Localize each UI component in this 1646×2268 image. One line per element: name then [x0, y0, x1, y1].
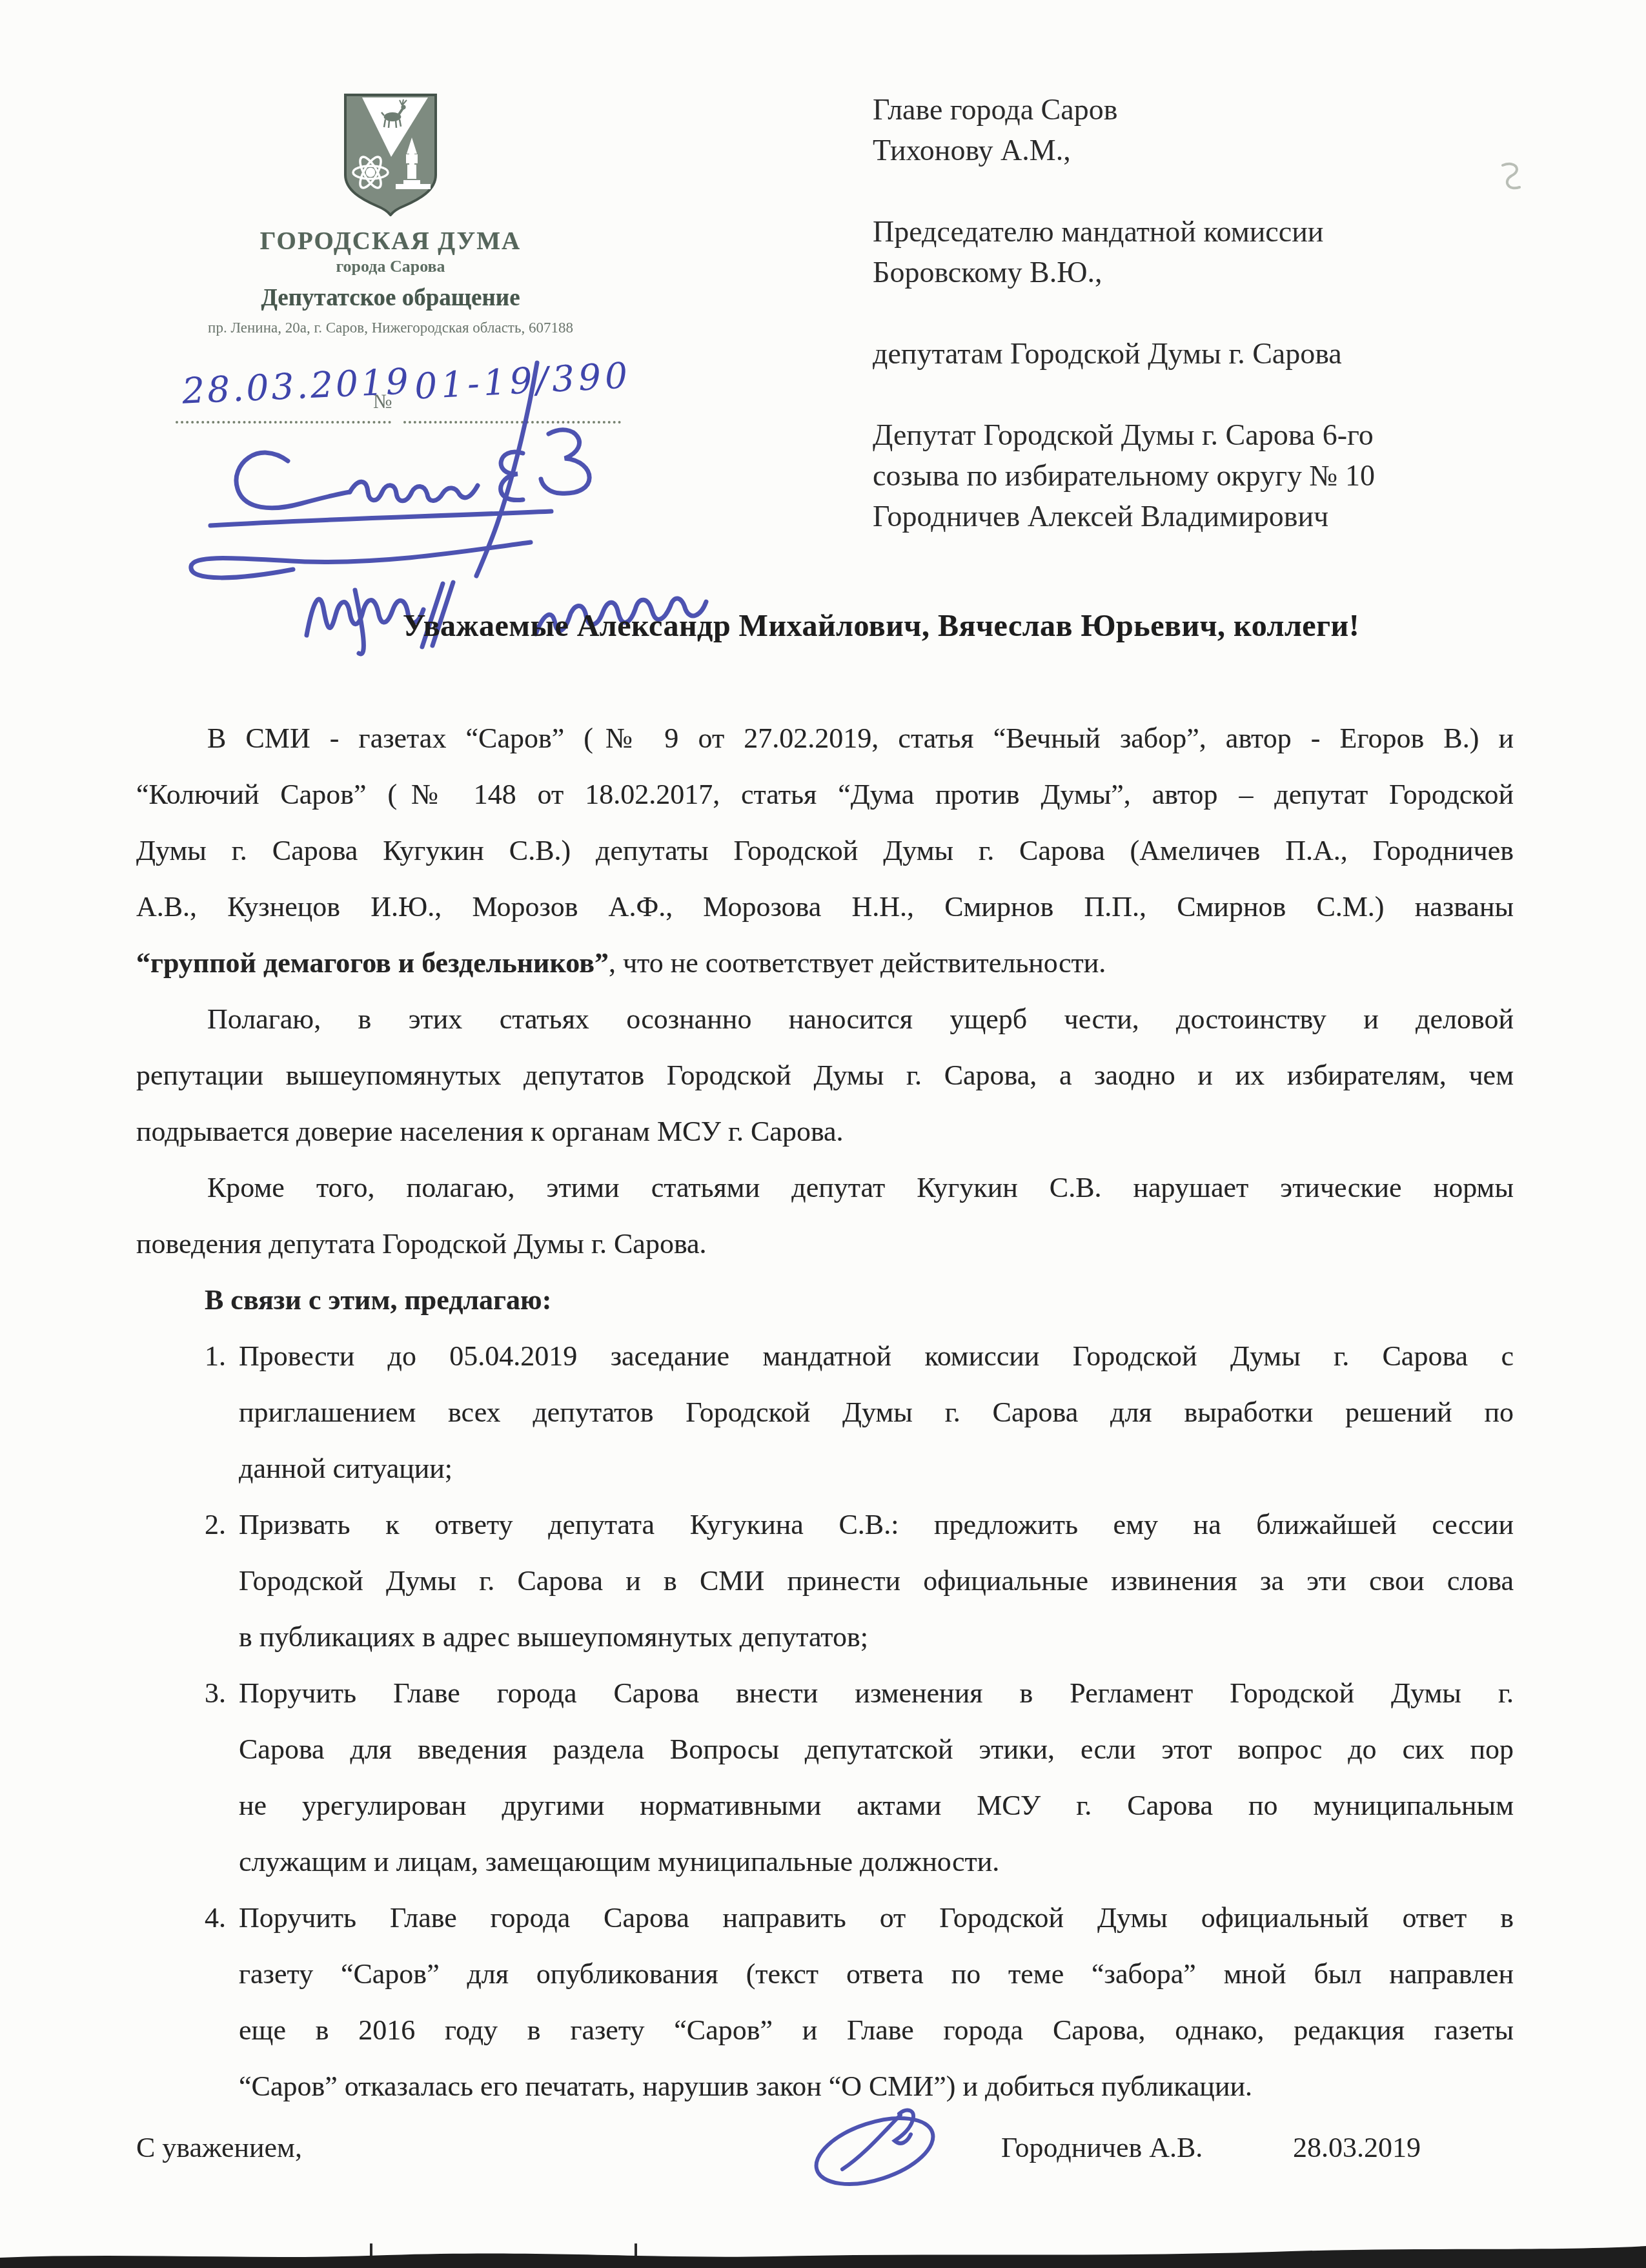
item-line: Поручить Главе города Сарова направить о… [239, 1890, 1514, 1946]
closing-regards: С уважением, [136, 2120, 302, 2176]
letter-date: 28.03.2019 [1293, 2120, 1421, 2176]
org-address: пр. Ленина, 20а, г. Саров, Нижегородская… [165, 320, 616, 336]
list-item-1: 1. Провести до 05.04.2019 заседание манд… [239, 1328, 1514, 1497]
item-number: 3. [205, 1665, 226, 1721]
paragraph-line: Полагаю, в этих статьях осознанно наноси… [136, 991, 1514, 1047]
item-line: в публикациях в адрес вышеупомянутых деп… [239, 1609, 1514, 1665]
item-line: Городской Думы г. Сарова и в СМИ принест… [239, 1553, 1514, 1609]
item-line: Поручить Главе города Сарова внести изме… [239, 1665, 1514, 1721]
item-line: не урегулирован другими нормативными акт… [239, 1777, 1514, 1834]
paragraph-line: подрывается доверие населения к органам … [136, 1103, 1514, 1160]
item-number: 1. [205, 1328, 226, 1384]
org-subtitle: города Сарова [165, 257, 616, 276]
list-item-2: 2. Призвать к ответу депутата Кугукина С… [239, 1497, 1514, 1665]
paragraph-line: В СМИ - газетах “Саров” (№ 9 от 27.02.20… [136, 710, 1514, 766]
addressee-line-blank [873, 170, 1570, 211]
addressee-line: Тихонову А.М., [873, 130, 1570, 170]
item-line: данной ситуации; [239, 1440, 1514, 1497]
addressee-line-blank [873, 292, 1570, 333]
scan-bottom-edge [0, 2238, 1646, 2268]
addressee-line: Городничев Алексей Владимирович [873, 496, 1570, 536]
closing-signature-autograph [802, 2103, 954, 2194]
item-line: Провести до 05.04.2019 заседание мандатн… [239, 1328, 1514, 1384]
paragraph-line: репутации вышеупомянутых депутатов Город… [136, 1047, 1514, 1103]
addressee-line: депутатам Городской Думы г. Сарова [873, 333, 1570, 374]
item-number: 4. [205, 1890, 226, 1946]
proposal-heading: В связи с этим, предлагаю: [205, 1272, 1514, 1328]
paragraph-line: Думы г. Сарова Кугукин С.В.) депутаты Го… [136, 822, 1514, 879]
signer-name: Городничев А.В. [1001, 2120, 1203, 2176]
item-line: газету “Саров” для опубликования (текст … [239, 1946, 1514, 2002]
list-item-3: 3. Поручить Главе города Сарова внести и… [239, 1665, 1514, 1890]
item-number: 2. [205, 1497, 226, 1553]
paragraph-line: Кроме того, полагаю, этими статьями депу… [136, 1160, 1514, 1216]
item-line: еще в 2016 году в газету “Саров” и Главе… [239, 2002, 1514, 2058]
item-line: Сарова для введения раздела Вопросы депу… [239, 1721, 1514, 1777]
item-line: приглашением всех депутатов Городской Ду… [239, 1384, 1514, 1440]
bold-quote: “группой демагогов и бездельников” [136, 947, 609, 979]
letter-body: В СМИ - газетах “Саров” (№ 9 от 27.02.20… [136, 710, 1514, 2114]
addressee-line: Председателю мандатной комиссии [873, 211, 1570, 252]
paragraph-line: А.В., Кузнецов И.Ю., Морозов А.Ф., Мороз… [136, 879, 1514, 935]
item-line: Призвать к ответу депутата Кугукина С.В.… [239, 1497, 1514, 1553]
letterhead: ГОРОДСКАЯ ДУМА города Сарова Депутатское… [165, 92, 616, 336]
paragraph-line: поведения депутата Городской Думы г. Сар… [136, 1216, 1514, 1272]
addressee-line: Боровскому В.Ю., [873, 252, 1570, 292]
sarov-coat-of-arms-icon [341, 92, 440, 216]
item-line: служащим и лицам, замещающим муниципальн… [239, 1834, 1514, 1890]
addressee-line: созыва по избирательному округу № 10 [873, 455, 1570, 496]
paragraph-line: “группой демагогов и бездельников”, что … [136, 935, 1514, 991]
paragraph-text: , что не соответствует действительности. [609, 947, 1106, 979]
list-item-4: 4. Поручить Главе города Сарова направит… [239, 1890, 1514, 2114]
scan-artifact-mark [1495, 159, 1529, 199]
addressee-line: Главе города Саров [873, 89, 1570, 130]
addressee-block: Главе города Саров Тихонову А.М., Предсе… [873, 89, 1570, 536]
addressee-line: Депутат Городской Думы г. Сарова 6-го [873, 414, 1570, 455]
salutation: Уважаемые Александр Михайлович, Вячеслав… [194, 608, 1569, 644]
paragraph-line: “Колючий Саров” (№ 148 от 18.02.2017, ст… [136, 766, 1514, 822]
scanned-letter-page: ГОРОДСКАЯ ДУМА города Сарова Депутатское… [0, 0, 1646, 2268]
document-type-title: Депутатское обращение [165, 284, 616, 312]
addressee-line-blank [873, 374, 1570, 414]
org-name: ГОРОДСКАЯ ДУМА [165, 227, 616, 256]
